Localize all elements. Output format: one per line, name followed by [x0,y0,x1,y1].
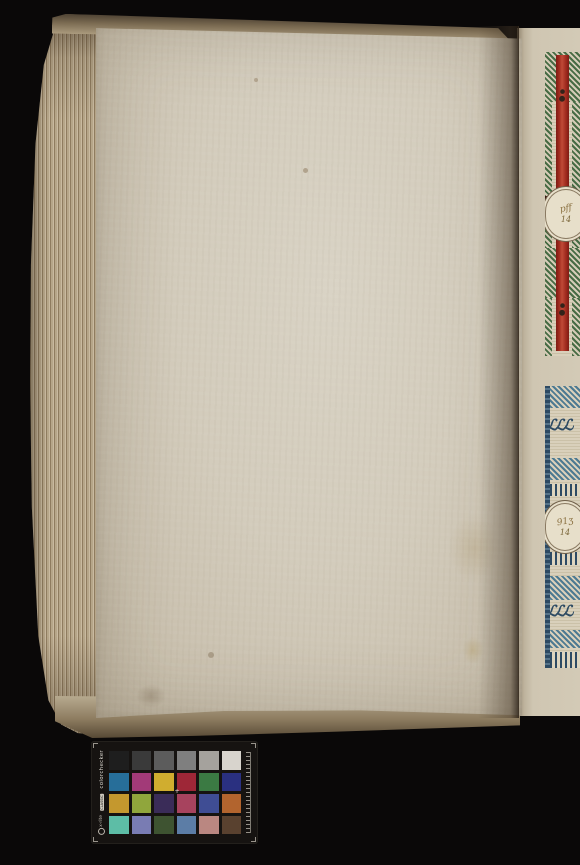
color-patch [154,773,174,792]
handwritten-label-number: 14 [561,216,571,224]
blue-band [545,386,580,408]
color-patch [109,751,129,770]
gutter-shadow [478,26,519,718]
color-patch [132,751,152,770]
corner-mark [251,837,256,842]
woven-motif [558,303,567,316]
ribbon-sample-top: pff 14 [545,52,580,356]
scrollwork-motif-row: ℒℒℒ [547,604,580,626]
color-patch [154,816,174,835]
corner-mark [93,743,98,748]
color-patch [109,773,129,792]
color-patch [154,751,174,770]
blue-band [545,630,580,648]
color-patch [199,794,219,813]
foxing-spot [303,168,308,173]
color-patch [132,816,152,835]
foxing-spot [208,652,214,658]
fringe-band [545,652,580,668]
color-patch [199,816,219,835]
colorchecker-label-strip: colorchecker CLASSIC x-rite [95,750,108,835]
scrollwork-motif-row: ℒℒℒ [547,418,580,440]
color-patch [132,773,152,792]
handwritten-label-text: 91ʒ [556,516,574,528]
color-patch [154,794,174,813]
handwritten-sample-label: pff 14 [545,186,580,242]
registration-mark: + [175,789,180,794]
foxing-spot [254,78,258,82]
colorchecker-wordmark: colorchecker [99,750,105,789]
color-patch [177,751,197,770]
color-patch [222,816,242,835]
xrite-logo-mark [98,828,105,835]
handwritten-label-text: pff [559,204,573,215]
archival-photograph: pff 14 ℒℒℒ ℒℒℒ 91ʒ 14 colorchecker CLASS… [0,0,580,865]
corner-mark [93,837,98,842]
color-patch [199,751,219,770]
color-patch [177,794,197,813]
color-patch [109,816,129,835]
paper-stain [136,684,166,708]
color-patch [109,794,129,813]
woven-motif [558,89,567,102]
color-patch [177,816,197,835]
blue-band [545,458,580,480]
corner-mark [251,743,256,748]
colorchecker-card: colorchecker CLASSIC x-rite + [92,742,257,843]
ribbon-sample-bottom: ℒℒℒ ℒℒℒ 91ʒ 14 [545,386,580,668]
handwritten-sample-label: 91ʒ 14 [545,500,580,554]
colorchecker-ruler [246,752,251,833]
color-patch [222,751,242,770]
blue-band [545,576,580,600]
xrite-logo-text: x-rite [99,815,104,827]
colorchecker-variant-badge: CLASSIC [100,794,104,811]
handwritten-label-number: 14 [560,529,570,537]
color-patch [222,773,242,792]
xrite-logo: x-rite [98,815,105,835]
color-patch [222,794,242,813]
color-patch [132,794,152,813]
blank-book-page [96,24,522,718]
color-patch [199,773,219,792]
dashed-band [545,484,580,496]
